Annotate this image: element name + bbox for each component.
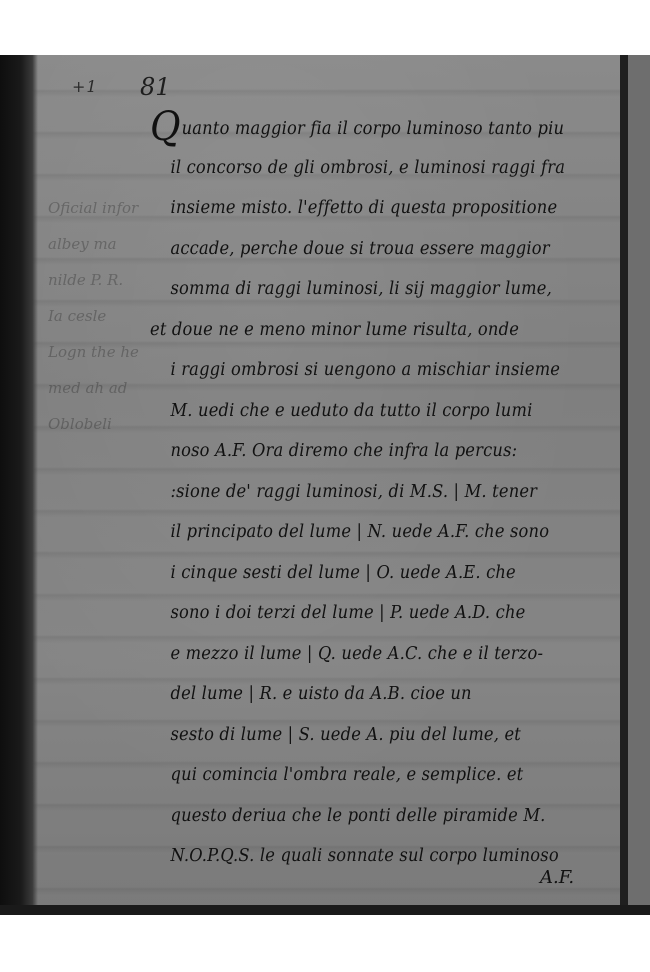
document-viewer: +1 81 Oficial infor albey ma nilde P. R.… bbox=[0, 0, 650, 972]
margin-mark: +1 bbox=[72, 77, 98, 96]
page-number: 81 bbox=[140, 73, 171, 101]
text-line: :sione de' raggi luminosi, di M.S. | M. … bbox=[150, 472, 587, 513]
text-line: sesto di lume | S. uede A. piu del lume,… bbox=[150, 715, 587, 756]
page-bottom-edge bbox=[0, 905, 650, 915]
text-line: sono i doi terzi del lume | P. uede A.D.… bbox=[150, 593, 587, 634]
text-line: accade, perche doue si troua essere magg… bbox=[150, 229, 587, 270]
text-line: M. uedi che e ueduto da tutto il corpo l… bbox=[150, 391, 587, 432]
text-line: i raggi ombrosi si uengono a mischiar in… bbox=[150, 350, 587, 391]
book-gutter-shadow bbox=[0, 55, 38, 915]
adjacent-page-strip bbox=[628, 55, 650, 915]
drop-cap: Q bbox=[150, 104, 181, 150]
text-line: qui comincia l'ombra reale, e semplice. … bbox=[150, 755, 587, 796]
text-line: somma di raggi luminosi, li sij maggior … bbox=[150, 269, 587, 310]
text-line: N.O.P.Q.S. le quali sonnate sul corpo lu… bbox=[150, 836, 587, 877]
bleed-line: Oficial infor bbox=[48, 190, 143, 226]
text-line: e mezzo il lume | Q. uede A.C. che e il … bbox=[150, 634, 587, 675]
bleed-through-text: Oficial infor albey ma nilde P. R. Ia ce… bbox=[48, 190, 143, 442]
text-line-content: uanto maggior fia il corpo luminoso tant… bbox=[182, 119, 565, 139]
manuscript-body: Quanto maggior fia il corpo luminoso tan… bbox=[150, 107, 620, 877]
page-edge-line bbox=[620, 55, 628, 915]
bleed-line: albey ma bbox=[48, 226, 143, 262]
bleed-line: med ah ad bbox=[48, 370, 143, 406]
bleed-line: Ia cesle bbox=[48, 298, 143, 334]
text-line: et doue ne e meno minor lume risulta, on… bbox=[150, 310, 587, 351]
bleed-line: nilde P. R. bbox=[48, 262, 143, 298]
figure-reference-signature: A.F. bbox=[540, 867, 574, 888]
text-line: del lume | R. e uisto da A.B. cioe un bbox=[150, 674, 587, 715]
text-line: noso A.F. Ora diremo che infra la percus… bbox=[150, 431, 587, 472]
text-line: insieme misto. l'effetto di questa propo… bbox=[150, 188, 587, 229]
text-line: Quanto maggior fia il corpo luminoso tan… bbox=[150, 107, 587, 148]
text-line: i cinque sesti del lume | O. uede A.E. c… bbox=[150, 553, 587, 594]
text-line: questo deriua che le ponti delle piramid… bbox=[150, 796, 587, 837]
bleed-line: Oblobeli bbox=[48, 406, 143, 442]
text-line: il concorso de gli ombrosi, e luminosi r… bbox=[150, 148, 587, 189]
bleed-line: Logn the he bbox=[48, 334, 143, 370]
manuscript-page-scan: +1 81 Oficial infor albey ma nilde P. R.… bbox=[0, 55, 650, 915]
text-line: il principato del lume | N. uede A.F. ch… bbox=[150, 512, 587, 553]
